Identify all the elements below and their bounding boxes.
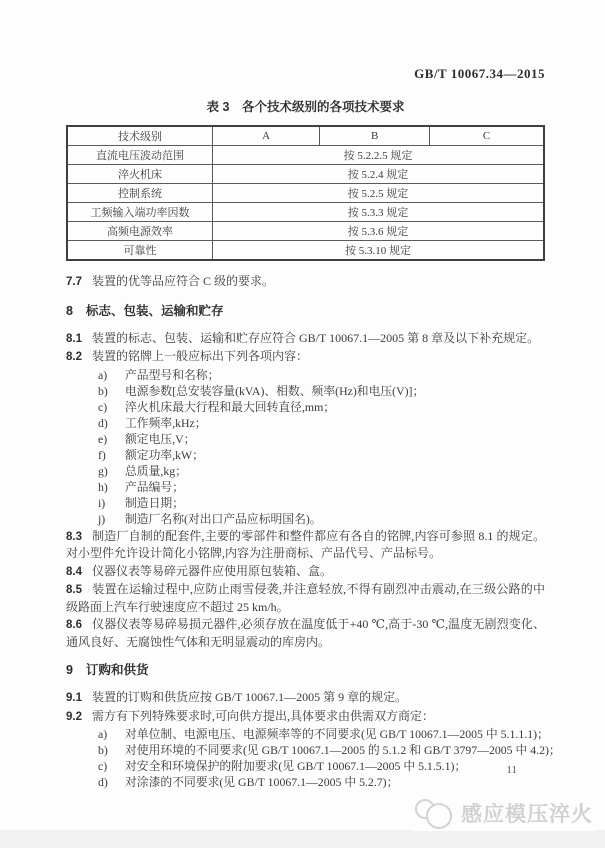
list-text: 工作频率,kHz； [125,416,207,430]
table-value-cell: 按 5.2.5 规定 [212,184,544,203]
table-body: 技术级别 A B C 直流电压波动范围按 5.2.2.5 规定淬火机床按 5.2… [67,126,544,260]
list-marker: c) [98,758,125,774]
list-item: c)对安全和环境保护的附加要求(见 GB/T 10067.1—2005 中 5.… [66,758,545,774]
list-marker: g) [98,463,125,479]
table-caption: 表 3 各个技术级别的各项技术要求 [66,97,545,115]
clause-text: 装置的标志、包装、运输和贮存应符合 GB/T 10067.1—2005 第 8 … [92,331,539,345]
list-text: 对安全和环境保护的附加要求(见 GB/T 10067.1—2005 中 5.1.… [125,759,466,773]
clause: 8.4仪器仪表等易碎元器件应使用原包装箱、盒。 [66,563,545,581]
table-row: 淬火机床按 5.2.4 规定 [67,165,544,184]
list-item: f)额定功率,kW； [66,447,545,463]
clause: 8.3制造厂自制的配套件,主要的零部件和整件都应有各自的铭牌,内容可参照 8.1… [66,528,545,562]
clause-number: 7.7 [66,276,82,288]
footer-strip [0,830,605,848]
list-item: d)对涂漆的不同要求(见 GB/T 10067.1—2005 中 5.2.7)； [66,774,545,790]
watermark-text: 感应模压淬火 [461,798,593,828]
list-text: 对涂漆的不同要求(见 GB/T 10067.1—2005 中 5.2.7)； [125,775,398,789]
table-row: 直流电压波动范围按 5.2.2.5 规定 [67,146,544,165]
list-text: 对使用环境的不同要求(见 GB/T 10067.1—2005 的 5.1.2 和… [125,743,561,757]
clause-text: 装置的铭牌上一般应标出下列各项内容： [92,349,308,363]
clause-text: 仪器仪表等易碎易损元器件,必须存放在温度低于+40 ℃,高于-30 ℃,温度无剧… [66,617,545,649]
table-row: 控制系统按 5.2.5 规定 [67,184,544,203]
clause-text: 制造厂自制的配套件,主要的零部件和整件都应有各自的铭牌,内容可参照 8.1 的规… [66,529,545,561]
clause: 7.7装置的优等品应符合 C 级的要求。 [66,273,545,291]
list-item: e)额定电压,V； [66,431,545,447]
list-item: c)淬火机床最大行程和最大回转直径,mm； [66,399,545,415]
clause-number: 9.2 [66,711,82,723]
document-page: GB/T 10067.34—2015 表 3 各个技术级别的各项技术要求 技术级… [0,0,605,848]
list-item: b)电源参数[总安装容量(kVA)、相数、频率(Hz)和电压(V)]； [66,383,545,399]
list-marker: d) [98,415,125,431]
list-text: 产品型号和名称； [125,368,219,382]
table-value-cell: 按 5.3.6 规定 [212,222,544,241]
clause-number: 8.3 [66,531,82,543]
table-header-cell: A [212,126,319,146]
table-header-cell: C [430,126,545,146]
clause-text: 仪器仪表等易碎元器件应使用原包装箱、盒。 [92,564,332,578]
clause: 8.2装置的铭牌上一般应标出下列各项内容： [66,348,545,366]
logo-circle-large [426,803,452,829]
clause-number: 8.5 [66,584,82,596]
clause-number: 8.4 [66,566,82,578]
table-header-cell: 技术级别 [67,126,212,146]
list-marker: f) [98,447,125,463]
list-text: 制造日期； [125,496,184,510]
list-item: i)制造日期； [66,495,545,511]
clause: 8.1装置的标志、包装、运输和贮存应符合 GB/T 10067.1—2005 第… [66,330,545,348]
list-item: h)产品编号； [66,479,545,495]
list-marker: j) [98,511,125,527]
content-blocks: 7.7装置的优等品应符合 C 级的要求。8标志、包装、运输和贮存8.1装置的标志… [66,273,545,790]
watermark: 感应模压淬火 [411,795,597,831]
clause-number: 8.6 [66,619,82,631]
list-marker: b) [98,742,125,758]
clause: 8.5装置在运输过程中,应防止雨雪侵袭,并注意轻放,不得有剧烈冲击震动,在三级公… [66,581,545,615]
list-text: 制造厂名称(对出口产品应标明国名)。 [125,512,322,526]
list-text: 淬火机床最大行程和最大回转直径,mm； [125,400,335,414]
table-row: 工频输入端功率因数按 5.3.3 规定 [67,203,544,222]
table-header-cell: B [320,126,430,146]
list-item: g)总质量,kg； [66,463,545,479]
table-value-cell: 按 5.2.2.5 规定 [212,146,544,165]
list-marker: a) [98,367,125,383]
list-marker: h) [98,479,125,495]
list-marker: i) [98,495,125,511]
clause-text: 需方有下列特殊要求时,可向供方提出,具体要求由供需双方商定： [92,709,434,723]
clause-text: 装置的优等品应符合 C 级的要求。 [92,274,274,288]
clause-text: 装置在运输过程中,应防止雨雪侵袭,并注意轻放,不得有剧烈冲击震动,在三级公路的中… [66,582,545,614]
list-marker: d) [98,774,125,790]
list-text: 产品编号； [125,480,184,494]
list-marker: c) [98,399,125,415]
clause-text: 装置的订购和供货应按 GB/T 10067.1—2005 第 9 章的规定。 [92,690,407,704]
list-item: b)对使用环境的不同要求(见 GB/T 10067.1—2005 的 5.1.2… [66,742,545,758]
table-header-row: 技术级别 A B C [67,126,544,146]
section-title: 标志、包装、运输和贮存 [86,304,224,318]
list-marker: e) [98,431,125,447]
table-item-cell: 高频电源效率 [67,222,212,241]
clause: 8.6仪器仪表等易碎易损元器件,必须存放在温度低于+40 ℃,高于-30 ℃,温… [66,616,545,650]
clause: 9.2需方有下列特殊要求时,可向供方提出,具体要求由供需双方商定： [66,708,545,726]
table-row: 高频电源效率按 5.3.6 规定 [67,222,544,241]
table-item-cell: 工频输入端功率因数 [67,203,212,222]
table-item-cell: 淬火机床 [67,165,212,184]
page-content: GB/T 10067.34—2015 表 3 各个技术级别的各项技术要求 技术级… [66,0,545,790]
watermark-logo-icon [415,797,455,829]
list-text: 额定电压,V； [125,432,195,446]
section-heading: 8标志、包装、运输和贮存 [66,304,545,318]
list-text: 对单位制、电源电压、电源频率等的不同要求(见 GB/T 10067.1—2005… [125,727,549,741]
list-item: d)工作频率,kHz； [66,415,545,431]
table-item-cell: 直流电压波动范围 [67,146,212,165]
list-text: 总质量,kg； [125,464,187,478]
list-text: 额定功率,kW； [125,448,204,462]
table-value-cell: 按 5.3.3 规定 [212,203,544,222]
table-item-cell: 控制系统 [67,184,212,203]
page-number: 11 [506,764,517,776]
list-item: a)产品型号和名称； [66,367,545,383]
standard-reference: GB/T 10067.34—2015 [66,66,545,82]
clause: 9.1装置的订购和供货应按 GB/T 10067.1—2005 第 9 章的规定… [66,689,545,707]
section-title: 订购和供货 [86,663,149,677]
table-value-cell: 按 5.3.10 规定 [212,241,544,261]
section-number: 9 [66,663,73,677]
clause-number: 8.2 [66,351,82,363]
clause-number: 9.1 [66,692,82,704]
list-text: 电源参数[总安装容量(kVA)、相数、频率(Hz)和电压(V)]； [125,384,424,398]
section-heading: 9订购和供货 [66,663,545,677]
table-item-cell: 可靠性 [67,241,212,261]
list-item: a)对单位制、电源电压、电源频率等的不同要求(见 GB/T 10067.1—20… [66,726,545,742]
list-marker: a) [98,726,125,742]
section-number: 8 [66,304,73,318]
table-row: 可靠性按 5.3.10 规定 [67,241,544,261]
technical-requirements-table: 技术级别 A B C 直流电压波动范围按 5.2.2.5 规定淬火机床按 5.2… [66,125,545,261]
list-marker: b) [98,383,125,399]
clause-number: 8.1 [66,333,82,345]
table-value-cell: 按 5.2.4 规定 [212,165,544,184]
list-item: j)制造厂名称(对出口产品应标明国名)。 [66,511,545,527]
